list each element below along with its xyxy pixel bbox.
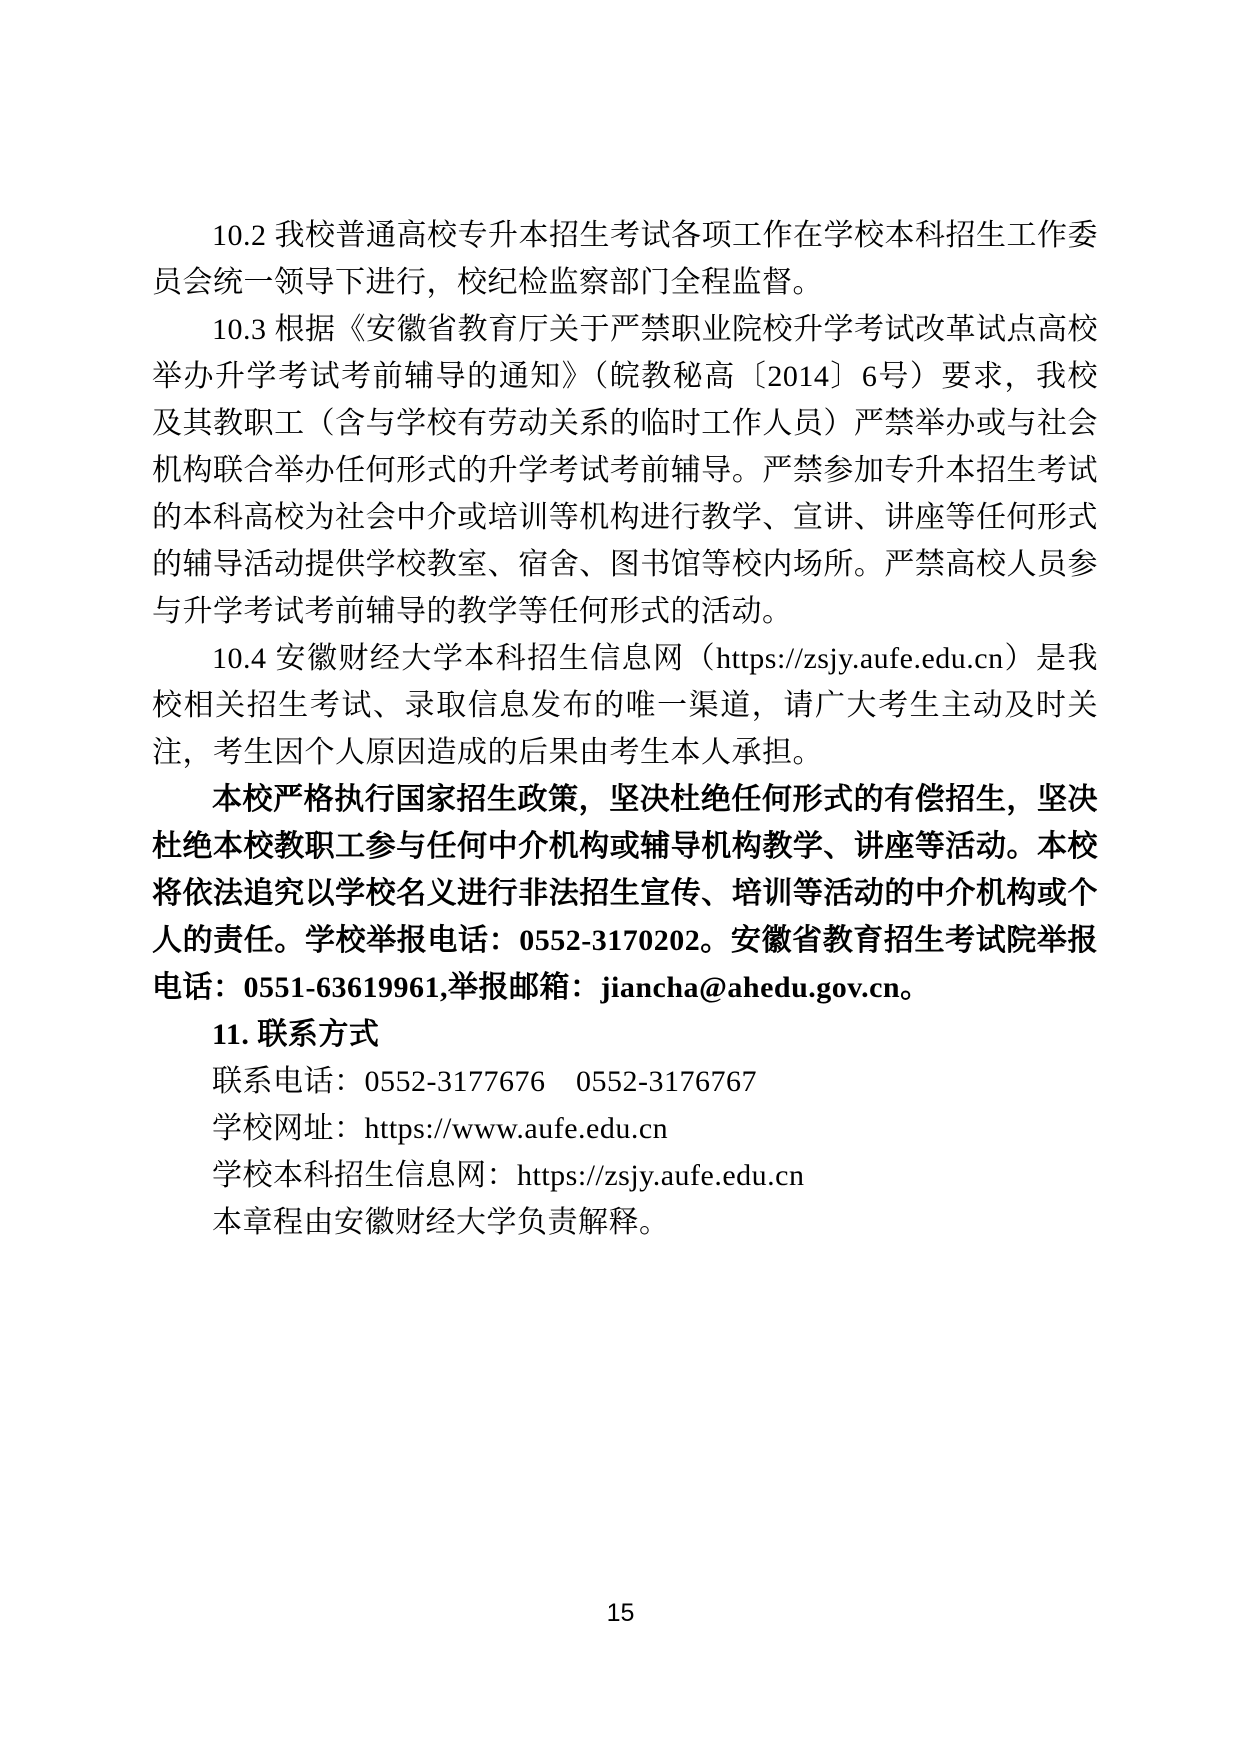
- interpretation-line: 本章程由安徽财经大学负责解释。: [152, 1199, 1098, 1246]
- admissions-website-line: 学校本科招生信息网：https://zsjy.aufe.edu.cn: [152, 1152, 1098, 1199]
- page-number: 15: [0, 1598, 1241, 1628]
- paragraph-10-2: 10.2 我校普通高校专升本招生考试各项工作在学校本科招生工作委员会统一领导下进…: [152, 212, 1098, 306]
- document-body: 10.2 我校普通高校专升本招生考试各项工作在学校本科招生工作委员会统一领导下进…: [152, 212, 1098, 1246]
- contact-phone-line: 联系电话：0552-3177676 0552-3176767: [152, 1058, 1098, 1105]
- document-page: 10.2 我校普通高校专升本招生考试各项工作在学校本科招生工作委员会统一领导下进…: [0, 0, 1241, 1755]
- school-website-line: 学校网址：https://www.aufe.edu.cn: [152, 1105, 1098, 1152]
- paragraph-10-4: 10.4 安徽财经大学本科招生信息网（https://zsjy.aufe.edu…: [152, 635, 1098, 776]
- section-heading-contact: 11. 联系方式: [152, 1011, 1098, 1058]
- paragraph-10-3: 10.3 根据《安徽省教育厅关于严禁职业院校升学考试改革试点高校举办升学考试考前…: [152, 306, 1098, 635]
- paragraph-warning-statement: 本校严格执行国家招生政策，坚决杜绝任何形式的有偿招生，坚决杜绝本校教职工参与任何…: [152, 776, 1098, 1011]
